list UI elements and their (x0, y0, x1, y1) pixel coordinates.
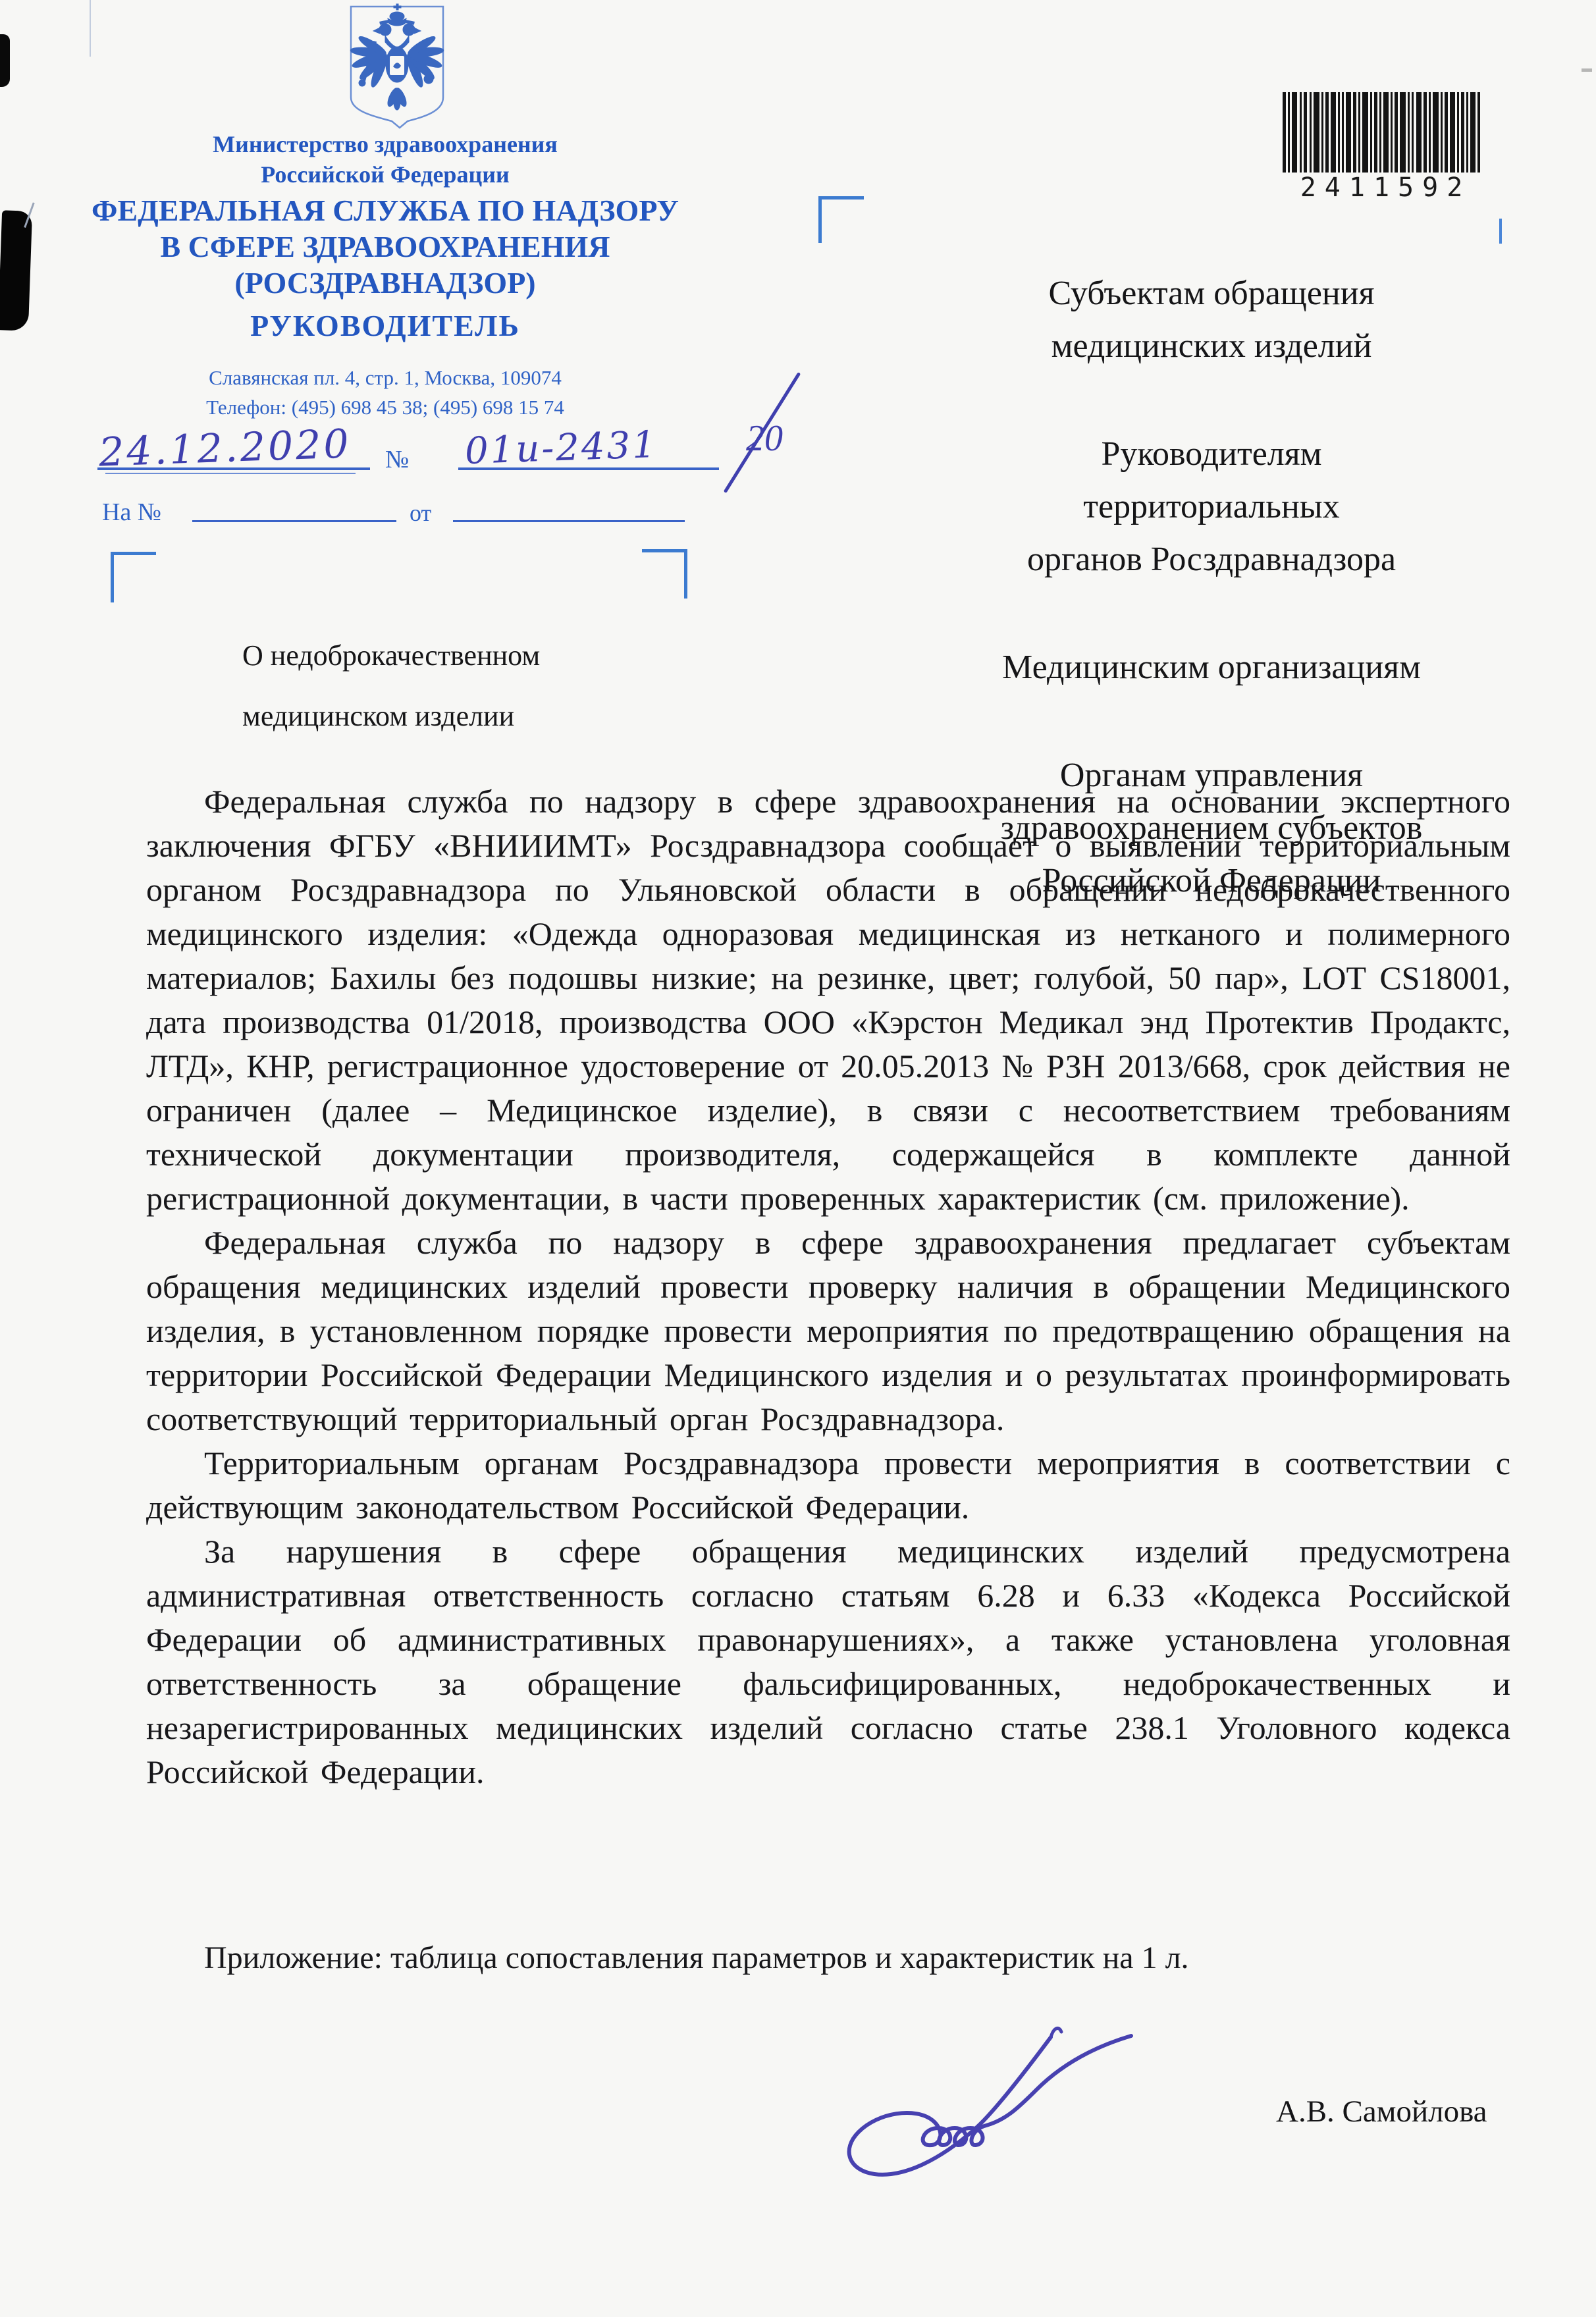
service-name: ФЕДЕРАЛЬНАЯ СЛУЖБА ПО НАДЗОРУ В СФЕРЕ ЗД… (26, 192, 744, 301)
ministry-line-2: Российской Федерации (56, 159, 714, 190)
scanned-letter-page: Министерство здравоохранения Российской … (0, 0, 1596, 2317)
body-paragraph-2: Федеральная служба по надзору в сфере зд… (146, 1221, 1510, 1441)
handwritten-signature (776, 2012, 1157, 2210)
date-underline (97, 467, 370, 470)
subject-line-2: медицинском изделии (242, 686, 611, 747)
ministry-name: Министерство здравоохранения Российской … (56, 129, 714, 190)
service-line-1: ФЕДЕРАЛЬНАЯ СЛУЖБА ПО НАДЗОРУ (26, 192, 744, 228)
ministry-line-1: Министерство здравоохранения (56, 129, 714, 159)
recipient-line: Субъектам обращения (882, 267, 1541, 320)
number-underline (458, 467, 719, 470)
scan-artifact-fold-line (90, 0, 91, 57)
reply-number-underline (192, 520, 396, 522)
recipient-line: органов Росздравнадзора (882, 533, 1541, 586)
subject-zone-corner-right (642, 549, 687, 599)
recipient-group-2: Руководителям территориальных органов Ро… (882, 428, 1541, 586)
subject-block: О недоброкачественном медицинском издели… (242, 626, 611, 747)
scan-artifact-top-left (0, 34, 10, 87)
recipient-line: территориальных (882, 481, 1541, 533)
barcode-number: 2411592 (1283, 173, 1480, 203)
recipient-line: Руководителям (882, 428, 1541, 481)
body-paragraph-3: Территориальным органам Росздравнадзора … (146, 1441, 1510, 1530)
position-title: РУКОВОДИТЕЛЬ (56, 308, 714, 343)
reply-from-label: от (410, 499, 431, 527)
attachment-line: Приложение: таблица сопоставления параме… (146, 1940, 1510, 1976)
recipient-line: Медицинским организациям (882, 641, 1541, 694)
date-underline-2 (105, 473, 356, 474)
registration-tick-mark (1499, 219, 1502, 244)
recipient-zone-corner-mark (818, 196, 864, 243)
number-sign: № (385, 445, 409, 474)
letter-body: Федеральная служба по надзору в сфере зд… (146, 780, 1510, 1794)
recipient-group-3: Медицинским организациям (882, 641, 1541, 694)
handwritten-number: 01и-2431 (464, 423, 658, 473)
body-paragraph-1: Федеральная служба по надзору в сфере зд… (146, 780, 1510, 1221)
suffix-text: 20 (746, 417, 783, 460)
address-line: Славянская пл. 4, стр. 1, Москва, 109074 (56, 366, 714, 390)
reply-to-label: На № (102, 498, 161, 527)
signer-name: А.В. Самойлова (1276, 2094, 1526, 2129)
phone-line: Телефон: (495) 698 45 38; (495) 698 15 7… (56, 396, 714, 419)
recipient-line: медицинских изделий (882, 320, 1541, 373)
recipient-group-1: Субъектам обращения медицинских изделий (882, 267, 1541, 373)
reply-date-underline (453, 520, 685, 522)
registration-barcode (1283, 92, 1480, 173)
subject-line-1: О недоброкачественном (242, 626, 611, 686)
coat-of-arms-emblem (344, 1, 450, 130)
handwritten-number-suffix: 20 (708, 363, 826, 502)
subject-zone-corner-left (111, 552, 156, 602)
scan-artifact-right-dash (1582, 68, 1592, 72)
body-paragraph-4: За нарушения в сфере обращения медицинск… (146, 1530, 1510, 1794)
service-line-3: (РОСЗДРАВНАДЗОР) (26, 265, 744, 301)
service-line-2: В СФЕРЕ ЗДРАВООХРАНЕНИЯ (26, 228, 744, 265)
